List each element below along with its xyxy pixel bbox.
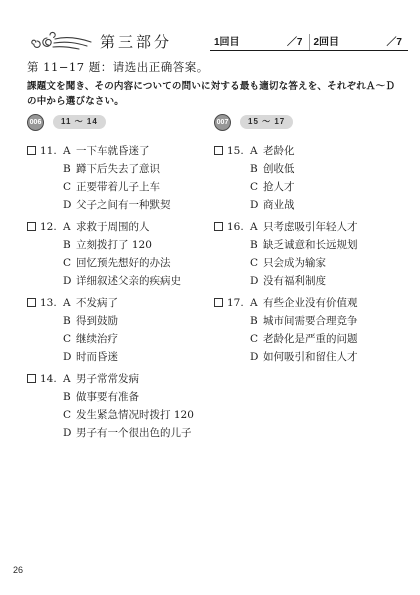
option-row[interactable]: D 没有福利制度 [250, 272, 414, 290]
option-letter: B [63, 388, 76, 406]
question-item: 14. A 男子常常发病 B 做事要有准备 C 发生紧急情况时拨打 120 D … [27, 370, 214, 442]
question-item: 13. A 不发病了 B 得到鼓励 C 继续治疗 D 时而昏迷 [27, 294, 214, 366]
question-left: 15. [214, 142, 250, 214]
option-row[interactable]: C 只会成为输家 [250, 254, 414, 272]
round-2-label: 2回目 [314, 33, 340, 48]
option-letter: B [250, 160, 263, 178]
question-number: 16. [227, 218, 244, 290]
option-letter: D [250, 348, 263, 366]
option-letter: B [250, 312, 263, 330]
option-row[interactable]: B 做事要有准备 [63, 388, 214, 406]
question-number: 15. [227, 142, 244, 214]
option-letter: D [63, 348, 76, 366]
option-text: 得到鼓励 [76, 312, 118, 330]
option-letter: A [63, 294, 76, 312]
option-text: 如何吸引和留住人才 [263, 348, 358, 366]
question-column-right: 007 15 ～ 17 15. A 老龄化 B 创收低 C 抢人才 D 商业战 … [214, 113, 414, 446]
question-item: 15. A 老龄化 B 创收低 C 抢人才 D 商业战 [214, 142, 414, 214]
option-letter: D [63, 424, 76, 442]
question-item: 16. A 只考虑吸引年轻人才 B 缺乏诚意和长远规划 C 只会成为输家 D 没… [214, 218, 414, 290]
question-left: 17. [214, 294, 250, 366]
option-row[interactable]: A 老龄化 [250, 142, 414, 160]
round-2-score: ／7 [386, 33, 402, 48]
answer-checkbox[interactable] [27, 146, 36, 155]
option-letter: A [63, 370, 76, 388]
audio-track-row: 007 15 ～ 17 [214, 113, 414, 131]
option-text: 时而昏迷 [76, 348, 118, 366]
question-number: 14. [40, 370, 57, 442]
option-row[interactable]: B 蹲下后失去了意识 [63, 160, 214, 178]
option-row[interactable]: C 老龄化是严重的问题 [250, 330, 414, 348]
option-letter: C [63, 330, 76, 348]
option-row[interactable]: A 男子常常发病 [63, 370, 214, 388]
option-row[interactable]: A 一下车就昏迷了 [63, 142, 214, 160]
question-number: 13. [40, 294, 57, 366]
answer-checkbox[interactable] [27, 374, 36, 383]
score-round-2[interactable]: 2回目 ／7 [310, 33, 409, 50]
question-left: 13. [27, 294, 63, 366]
answer-checkbox[interactable] [214, 298, 223, 307]
option-letter: D [63, 272, 76, 290]
answer-checkbox[interactable] [214, 146, 223, 155]
option-row[interactable]: B 创收低 [250, 160, 414, 178]
option-row[interactable]: D 商业战 [250, 196, 414, 214]
section-title: 第三部分 [100, 31, 172, 52]
option-row[interactable]: D 男子有一个很出色的儿子 [63, 424, 214, 442]
option-letter: C [63, 178, 76, 196]
option-row[interactable]: B 城市间需要合理竞争 [250, 312, 414, 330]
option-text: 父子之间有一种默契 [76, 196, 171, 214]
options-list: A 男子常常发病 B 做事要有准备 C 发生紧急情况时拨打 120 D 男子有一… [63, 370, 214, 442]
option-letter: D [63, 196, 76, 214]
option-text: 抢人才 [263, 178, 295, 196]
option-letter: C [250, 254, 263, 272]
option-text: 男子常常发病 [76, 370, 139, 388]
option-text: 立刻拨打了 120 [76, 236, 152, 254]
page-number: 26 [13, 565, 23, 575]
option-text: 没有福利制度 [263, 272, 326, 290]
option-text: 缺乏诚意和长远规划 [263, 236, 358, 254]
japanese-instruction: 課題文を聞き、その内容についての問いに対する最も適切な答えを、それぞれＡ～Ｄの中… [27, 80, 401, 109]
option-row[interactable]: B 得到鼓励 [63, 312, 214, 330]
options-list: A 不发病了 B 得到鼓励 C 继续治疗 D 时而昏迷 [63, 294, 214, 366]
question-left: 11. [27, 142, 63, 214]
audio-track-badge: 007 [214, 114, 231, 131]
option-letter: C [63, 254, 76, 272]
option-text: 城市间需要合理竞争 [263, 312, 358, 330]
option-letter: B [63, 160, 76, 178]
option-text: 蹲下后失去了意识 [76, 160, 160, 178]
option-row[interactable]: C 继续治疗 [63, 330, 214, 348]
option-text: 详细叙述父亲的疾病史 [76, 272, 181, 290]
options-list: A 老龄化 B 创收低 C 抢人才 D 商业战 [250, 142, 414, 214]
option-text: 一下车就昏迷了 [76, 142, 150, 160]
answer-checkbox[interactable] [214, 222, 223, 231]
option-text: 正要带着儿子上车 [76, 178, 160, 196]
option-text: 做事要有准备 [76, 388, 139, 406]
question-number: 11. [40, 142, 57, 214]
option-letter: A [250, 142, 263, 160]
option-text: 有些企业没有价值观 [263, 294, 358, 312]
section-title-group: 第三部分 [27, 29, 172, 53]
option-row[interactable]: C 抢人才 [250, 178, 414, 196]
question-range-pill: 11 ～ 14 [53, 115, 106, 129]
options-list: A 一下车就昏迷了 B 蹲下后失去了意识 C 正要带着儿子上车 D 父子之间有一… [63, 142, 214, 214]
option-row[interactable]: A 求救于周围的人 [63, 218, 214, 236]
round-1-score: ／7 [287, 33, 303, 48]
question-columns: 006 11 ～ 14 11. A 一下车就昏迷了 B 蹲下后失去了意识 C 正… [27, 113, 414, 446]
question-left: 12. [27, 218, 63, 290]
options-list: A 有些企业没有价值观 B 城市间需要合理竞争 C 老龄化是严重的问题 D 如何… [250, 294, 414, 366]
option-letter: C [63, 406, 76, 424]
option-letter: B [63, 312, 76, 330]
option-text: 老龄化 [263, 142, 295, 160]
option-row[interactable]: A 有些企业没有价值观 [250, 294, 414, 312]
option-row[interactable]: D 时而昏迷 [63, 348, 214, 366]
option-row[interactable]: B 立刻拨打了 120 [63, 236, 214, 254]
answer-checkbox[interactable] [27, 298, 36, 307]
question-item: 17. A 有些企业没有价值观 B 城市间需要合理竞争 C 老龄化是严重的问题 … [214, 294, 414, 366]
option-letter: B [250, 236, 263, 254]
option-letter: A [63, 218, 76, 236]
question-item: 11. A 一下车就昏迷了 B 蹲下后失去了意识 C 正要带着儿子上车 D 父子… [27, 142, 214, 214]
score-round-1[interactable]: 1回目 ／7 [210, 33, 309, 50]
round-1-label: 1回目 [214, 33, 240, 48]
option-row[interactable]: D 如何吸引和留住人才 [250, 348, 414, 366]
question-number: 17. [227, 294, 244, 366]
audio-track-row: 006 11 ～ 14 [27, 113, 214, 131]
option-letter: A [250, 294, 263, 312]
option-row[interactable]: A 不发病了 [63, 294, 214, 312]
option-text: 商业战 [263, 196, 295, 214]
option-row[interactable]: B 缺乏诚意和长远规划 [250, 236, 414, 254]
question-range-pill: 15 ～ 17 [240, 115, 293, 129]
options-list: A 只考虑吸引年轻人才 B 缺乏诚意和长远规划 C 只会成为输家 D 没有福利制… [250, 218, 414, 290]
question-item: 12. A 求救于周围的人 B 立刻拨打了 120 C 回忆预先想好的办法 D … [27, 218, 214, 290]
option-row[interactable]: D 详细叙述父亲的疾病史 [63, 272, 214, 290]
score-tracker: 1回目 ／7 2回目 ／7 [210, 33, 408, 51]
option-text: 只考虑吸引年轻人才 [263, 218, 358, 236]
option-letter: C [250, 330, 263, 348]
option-letter: A [250, 218, 263, 236]
question-column-left: 006 11 ～ 14 11. A 一下车就昏迷了 B 蹲下后失去了意识 C 正… [27, 113, 214, 446]
option-letter: B [63, 236, 76, 254]
option-row[interactable]: C 回忆预先想好的办法 [63, 254, 214, 272]
option-text: 男子有一个很出色的儿子 [76, 424, 192, 442]
option-letter: C [250, 178, 263, 196]
option-text: 求救于周围的人 [76, 218, 150, 236]
option-text: 继续治疗 [76, 330, 118, 348]
option-letter: A [63, 142, 76, 160]
workbook-page: 第三部分 1回目 ／7 2回目 ／7 第 11−17 题：请选出正确答案。 課題… [0, 0, 420, 595]
options-list: A 求救于周围的人 B 立刻拨打了 120 C 回忆预先想好的办法 D 详细叙述… [63, 218, 214, 290]
question-left: 14. [27, 370, 63, 442]
option-row[interactable]: A 只考虑吸引年轻人才 [250, 218, 414, 236]
option-letter: D [250, 196, 263, 214]
option-row[interactable]: C 发生紧急情况时拨打 120 [63, 406, 214, 424]
option-text: 创收低 [263, 160, 295, 178]
option-row[interactable]: C 正要带着儿子上车 [63, 178, 214, 196]
option-text: 不发病了 [76, 294, 118, 312]
option-letter: D [250, 272, 263, 290]
option-text: 老龄化是严重的问题 [263, 330, 358, 348]
question-range-heading: 第 11−17 题：请选出正确答案。 [27, 59, 209, 75]
answer-checkbox[interactable] [27, 222, 36, 231]
option-text: 回忆预先想好的办法 [76, 254, 171, 272]
option-row[interactable]: D 父子之间有一种默契 [63, 196, 214, 214]
question-left: 16. [214, 218, 250, 290]
audio-track-badge: 006 [27, 114, 44, 131]
option-text: 发生紧急情况时拨打 120 [76, 406, 194, 424]
question-number: 12. [40, 218, 57, 290]
cloud-ornament-icon [27, 29, 93, 53]
option-text: 只会成为输家 [263, 254, 326, 272]
